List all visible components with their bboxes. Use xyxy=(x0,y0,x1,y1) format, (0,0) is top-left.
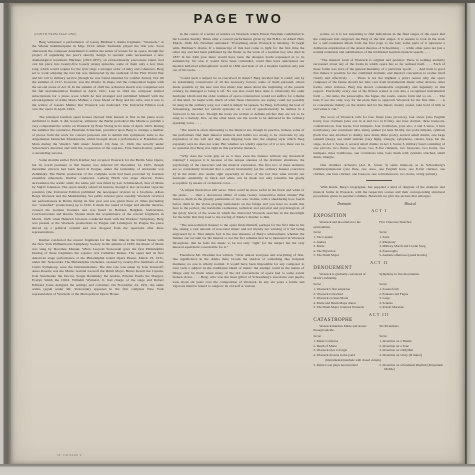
musical-scene: 2. Rhapsody xyxy=(375,240,445,244)
scene-label: Scene xyxy=(313,230,375,234)
act-summary-row: Wozzeck and his relation to his environm… xyxy=(313,220,445,228)
dramatic-scene: 1. The Captain xyxy=(313,235,375,239)
scene-row: 3. Wozzeck tries to forget3. Invention o… xyxy=(313,348,445,352)
paragraph: Some months earlier Erich Kleiber had ac… xyxy=(32,158,164,235)
scene-row: 1. Marie’s remorse1. Invention on a Them… xyxy=(313,339,445,343)
act-section-label: EXPOSITION xyxy=(313,214,445,219)
dramatic-scene: 2. Death of Marie xyxy=(313,344,375,348)
scene-label-row: Scene Scene xyxy=(313,334,445,338)
paragraph: Kleiber conducted the concert fragments … xyxy=(32,238,164,297)
act-summary-row: Wozzeck is gradually convinced of Marie’… xyxy=(313,272,445,280)
paragraph: Willi Reich, Berg’s biographer, has supp… xyxy=(313,185,445,199)
scene-label-row: Scene Scene xyxy=(313,282,445,286)
dramatic-scene: 1. Wozzeck’s first suspicion xyxy=(313,287,375,291)
page-title: PAGE TWO xyxy=(32,11,445,26)
musical-scene: 2. Fantasia and Fugue xyxy=(375,292,445,296)
continued-note: (CONT'D FROM PAGE ONE) xyxy=(34,32,164,36)
dramatic-scene: 4. Marie and Drum Major dance xyxy=(313,301,375,305)
paragraph: “The result is often distressing to the … xyxy=(173,128,305,151)
paragraph: In the course of a series of articles on… xyxy=(173,32,305,73)
scan-edge-bottom xyxy=(0,464,475,475)
musical-scene: 1. Sonata form xyxy=(375,287,445,291)
scene-label: Scene xyxy=(375,334,445,338)
scan-edge-left xyxy=(0,0,11,475)
dramatic-summary: Wozzeck and his relation to his environm… xyxy=(313,220,375,228)
scene-row: 5. The Drum Major trounces Wozzeck5. Ron… xyxy=(313,305,445,309)
musical-scene: 4. Passacaglia xyxy=(375,249,445,253)
dramatic-summary: Wozzeck murders Marie and atones through… xyxy=(313,324,375,332)
interlude-note: (Instrumental interlude with closed curt… xyxy=(313,358,445,362)
dramatic-scene: 5. The Drum Major trounces Wozzeck xyxy=(313,305,375,309)
scene-row: 3. Wozzeck accuses Marie3. Largo xyxy=(313,296,445,300)
paragraph: One chamber orchestra (Act II, Scene 3) … xyxy=(313,163,445,177)
scene-row: 2. Andres2. Rhapsody xyxy=(313,240,445,244)
musical-scene: 4. Invention on a Key (D minor) xyxy=(375,353,445,357)
scene-row: 5. The Drum Major5. Andante affettuoso (… xyxy=(313,253,445,257)
scene-row: 4. Marie and Drum Major dance4. Scherzo xyxy=(313,301,445,305)
musical-scene: 4. Scherzo xyxy=(375,301,445,305)
act-summary-row: Wozzeck murders Marie and atones through… xyxy=(313,324,445,332)
musical-summary: Symphony in five movements. xyxy=(375,272,445,280)
scan-edge-right xyxy=(465,0,475,475)
scene-label: Scene xyxy=(375,230,445,234)
dramatic-scene: 4. The Physician xyxy=(313,249,375,253)
musical-scene: 1. Invention on a Theme xyxy=(375,339,445,343)
diagram-header: Dramatic Musical xyxy=(313,202,445,206)
dramatic-scene: 5. Marie’s son plays unconcerned xyxy=(313,363,375,371)
dramatic-summary: Wozzeck is gradually convinced of Marie’… xyxy=(313,272,375,280)
paragraph: Berg witnessed a performance of Georg Bü… xyxy=(32,40,164,112)
act-label: ACT III xyxy=(313,312,445,317)
paragraph: “Could such a subject be re-conceived in… xyxy=(173,76,305,126)
musical-summary: Five Character Sketches. xyxy=(375,220,445,228)
paragraph: The score of Wozzeck calls for four flut… xyxy=(313,115,445,160)
scene-row: 4. The Physician4. Passacaglia xyxy=(313,249,445,253)
column-right: points, so it is not surprising to find … xyxy=(313,32,445,372)
column-middle: In the course of a series of articles on… xyxy=(173,32,305,372)
act-section-label: DENOUEMENT xyxy=(313,266,445,271)
catalog-code: SL 118 PAGE 2 xyxy=(57,454,82,457)
scene-label: Scene xyxy=(313,282,375,286)
dramatic-scene: 5. The Drum Major xyxy=(313,253,375,257)
diagram-header-musical: Musical xyxy=(375,202,445,206)
dramatic-scene: 4. Wozzeck drowns in the pond xyxy=(313,353,375,357)
musical-scene: 2. Invention on a Tone xyxy=(375,344,445,348)
diagram-header-dramatic: Dramatic xyxy=(313,202,375,206)
dramatic-scene: 1. Marie’s remorse xyxy=(313,339,375,343)
musical-scene: 5. Invention on a Persistent Rhythm (Per… xyxy=(375,363,445,371)
paragraph: The principal German opera houses showed… xyxy=(32,115,164,156)
musical-scene: 5. Rondo Marziale xyxy=(375,305,445,309)
paragraph: Elsewhere Mr. Newman has written: “Over … xyxy=(173,253,305,289)
act-label: ACT I xyxy=(313,208,445,213)
paragraph: “A simple illustration will serve. What … xyxy=(173,188,305,220)
paragraph: “The musical form of Wozzeck is original… xyxy=(313,58,445,112)
dramatic-scene: 2. Wozzeck is mocked xyxy=(313,292,375,296)
scene-label: Scene xyxy=(375,282,445,286)
scene-row: 1. Wozzeck’s first suspicion1. Sonata fo… xyxy=(313,287,445,291)
text-columns: (CONT'D FROM PAGE ONE) Berg witnessed a … xyxy=(32,32,445,372)
scene-row: 2. Death of Marie2. Invention on a Tone xyxy=(313,344,445,348)
scene-row: 3. Marie3. Military March and Cradle Son… xyxy=(313,244,445,248)
paragraph: “Why does the work grip us as it does ev… xyxy=(173,154,305,186)
paragraph: points, so it is not surprising to find … xyxy=(313,32,445,55)
musical-scene: 5. Andante affettuoso (quasi Rondo) xyxy=(375,253,445,257)
scene-label-row: Scene Scene xyxy=(313,230,445,234)
musical-scene: 3. Largo xyxy=(375,296,445,300)
act-label: ACT II xyxy=(313,260,445,265)
scene-row: 2. Wozzeck is mocked2. Fantasia and Fugu… xyxy=(313,292,445,296)
scene-row: 4. Wozzeck drowns in the pond4. Inventio… xyxy=(313,353,445,357)
paragraph: “The non-technical listener to the opera… xyxy=(173,223,305,250)
musical-scene: 1. Suite xyxy=(375,235,445,239)
column-left: (CONT'D FROM PAGE ONE) Berg witnessed a … xyxy=(32,32,164,372)
dramatic-scene: 3. Wozzeck accuses Marie xyxy=(313,296,375,300)
dramatic-scene: 2. Andres xyxy=(313,240,375,244)
musical-scene: 3. Military March and Cradle Song xyxy=(375,244,445,248)
liner-notes-page: PAGE TWO (CONT'D FROM PAGE ONE) Berg wit… xyxy=(0,0,475,475)
scene-row: 5. Marie’s son plays unconcerned5. Inven… xyxy=(313,363,445,371)
scene-label: Scene xyxy=(313,334,375,338)
dramatic-scene: 3. Wozzeck tries to forget xyxy=(313,348,375,352)
dramatic-scene: 3. Marie xyxy=(313,244,375,248)
section-divider xyxy=(366,180,392,181)
form-diagram: Dramatic Musical ACT I EXPOSITION Wozzec… xyxy=(313,202,445,372)
paper: PAGE TWO (CONT'D FROM PAGE ONE) Berg wit… xyxy=(11,3,465,464)
act-section-label: CATASTROPHE xyxy=(313,318,445,323)
musical-scene: 3. Invention on a Rhythm xyxy=(375,348,445,352)
musical-summary: Six Inventions. xyxy=(375,324,445,332)
scene-row: 1. The Captain1. Suite xyxy=(313,235,445,239)
